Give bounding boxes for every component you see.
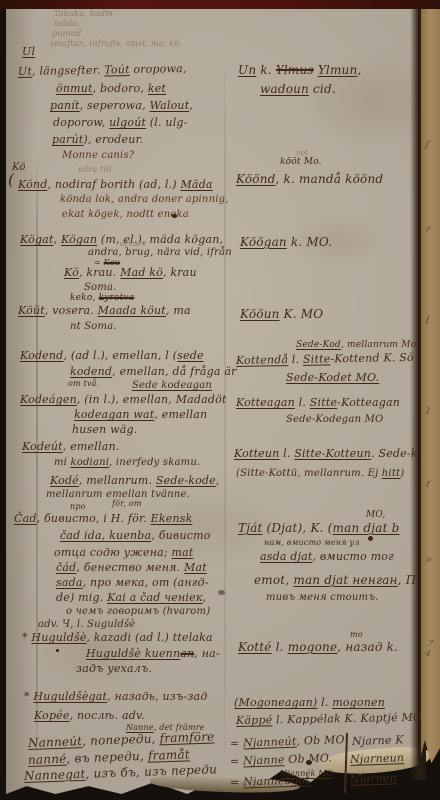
sliver-text-fragment: ť	[425, 480, 431, 491]
text-segment: Käppé	[236, 713, 273, 727]
manuscript-line: husen wäg.	[72, 424, 137, 436]
text-segment: нам, вмисто меня ул	[264, 538, 360, 547]
text-segment: mogonen	[332, 696, 385, 709]
manuscript-line: Köögan k. MO.	[240, 236, 332, 249]
text-segment: ,	[203, 591, 207, 604]
manuscript-line: (Sitte-Kottü, mellanrum. Ej hitt)	[236, 469, 404, 480]
text-segment: Köüt	[18, 304, 45, 317]
text-segment: Kööun	[240, 307, 280, 321]
text-segment: Sede-Kodet MO.	[286, 371, 379, 384]
text-segment: тивъ меня стоитъ.	[266, 592, 378, 603]
text-segment: l.	[288, 353, 303, 366]
text-segment: Ul	[22, 45, 35, 58]
manuscript-line: Könd, nodiraf borith (ad, l.) Mäda	[18, 179, 213, 191]
text-segment: Sede-Kodegan MO	[286, 414, 383, 425]
manuscript-line: = Njanne Ob MO.	[230, 752, 333, 767]
text-segment: , бивисто	[151, 529, 210, 542]
text-segment: Monne canis?	[62, 150, 134, 161]
text-segment: Kodeágen	[20, 393, 77, 406]
text-segment: an	[180, 647, 194, 660]
text-segment: mi	[54, 457, 70, 468]
text-segment: adv. Ч, l. Suguldšè	[38, 619, 135, 630]
manuscript-line: kööt Mo.	[280, 158, 322, 167]
text-segment: om två.	[68, 379, 99, 388]
text-segment: sede	[177, 349, 204, 362]
manuscript-line: Kotteagan l. Sitte-Kotteagan	[236, 397, 400, 409]
text-segment: punnid	[52, 29, 81, 38]
text-segment: ), erodeur.	[83, 133, 143, 146]
sliver-text-fragment: ν	[425, 555, 432, 566]
manuscript-line: Kodend, (ad l.), emellan, l (sede	[20, 350, 204, 362]
manuscript-line: Tját (Djat), K. (man djat b	[238, 522, 399, 535]
text-segment: Toút	[104, 63, 130, 76]
text-segment: =	[230, 776, 244, 789]
manuscript-lines: Tabaka, badmmäda,punnidsmaftan, infrufis…	[0, 0, 440, 800]
text-segment: Kodend	[20, 349, 63, 362]
text-segment: Sitte	[303, 352, 331, 365]
text-segment: Un	[238, 63, 256, 77]
manuscript-line: (	[8, 172, 14, 189]
text-segment: sada	[56, 576, 83, 589]
sliver-text-fragment: ɭ	[425, 315, 430, 325]
text-segment: , ma	[166, 304, 191, 317]
text-segment: keko,	[70, 293, 99, 303]
manuscript-line: Sede kodeagan	[132, 381, 212, 392]
manuscript-line: asda djat, вмисто тог	[260, 551, 394, 563]
text-segment: Kottendå	[236, 353, 288, 367]
text-segment: задъ уехалъ.	[76, 662, 152, 675]
text-segment: =	[230, 737, 244, 750]
manuscript-line: Njarneun	[350, 752, 405, 765]
text-segment: Kai a čad ченіек	[107, 591, 203, 604]
text-segment: ,	[189, 99, 193, 112]
sliver-text-fragment: ŕ	[425, 225, 431, 236]
text-segment: l.	[272, 640, 288, 654]
text-segment: hitt	[382, 468, 400, 479]
text-segment: Ut	[18, 65, 32, 78]
text-segment: MO,	[366, 510, 386, 520]
text-segment: ,	[357, 63, 361, 77]
text-segment: отца содю ужена;	[54, 546, 172, 559]
text-segment: čad ida, kuenba	[60, 529, 151, 542]
text-segment: k. MO.	[287, 235, 332, 249]
manuscript-line: отца содю ужена; mat	[54, 547, 194, 559]
manuscript-line: könda lok, andra doner apinnig,	[60, 195, 229, 206]
manuscript-line: Kodeút, emellan.	[22, 441, 119, 453]
text-segment: Njarnen	[350, 771, 397, 786]
text-segment: , mellanrum Mo	[341, 340, 416, 350]
text-segment: , назадь, изъ-зад	[107, 690, 207, 703]
text-segment: wadoun	[260, 82, 309, 96]
text-segment: Sede-kode	[156, 474, 216, 487]
text-segment: , (ad l.), emellan, l (	[63, 349, 177, 362]
text-segment: mogone	[288, 640, 338, 654]
manuscript-line: Sede-Kodet MO.	[286, 372, 379, 384]
manuscript-line: Kodé, mellanrum. Sede-kode,	[50, 475, 220, 487]
manuscript-line: mo	[350, 631, 363, 639]
text-segment: , попереди,	[82, 731, 160, 748]
manuscript-line: про	[70, 503, 86, 511]
sliver-text-fragment: 7 4	[424, 639, 440, 661]
manuscript-line: čád, бенество меня. Mat	[56, 562, 207, 574]
text-segment: Maada köut	[98, 304, 166, 317]
text-segment: *	[22, 631, 31, 644]
text-segment: framföre	[159, 729, 214, 745]
text-segment: emot,	[254, 573, 293, 587]
text-segment: , на-	[194, 647, 220, 660]
text-segment: (	[8, 170, 14, 189]
text-segment: (m, el.), mäda kögan,	[97, 233, 223, 246]
manuscript-line: * Huguldšègat, назадь, изъ-зад	[24, 691, 208, 703]
text-segment: , kazadi (ad l.) ttelaka	[87, 631, 213, 644]
text-segment: K. MO	[280, 307, 324, 321]
text-segment: l.	[317, 696, 332, 709]
next-page-edge: ʃŕɭʅťν7 4	[421, 3, 440, 771]
text-segment: , k. mandå köönd	[276, 172, 384, 186]
manuscript-line: sada, про мека, om (ангд-	[56, 577, 209, 589]
text-segment: Walout	[150, 99, 190, 112]
text-segment: Mat	[184, 561, 207, 574]
manuscript-line: nära till	[78, 166, 112, 174]
text-segment: Kotté	[238, 640, 272, 654]
text-segment: )	[400, 468, 404, 479]
manuscript-line: Kottendå l. Sitte-Kottend K. Sö	[236, 352, 414, 367]
text-segment: , krau	[163, 266, 197, 279]
text-segment: ,	[54, 233, 61, 246]
text-segment: Kögan	[61, 233, 97, 246]
manuscript-line: čad ida, kuenba, бивисто	[60, 530, 211, 542]
manuscript-line: wadoun cid.	[260, 83, 336, 96]
manuscript-line: задъ уехалъ.	[76, 663, 152, 675]
text-segment: Könd	[18, 178, 47, 191]
manuscript-line: Soma.	[84, 283, 117, 294]
manuscript-line: Njarnen	[350, 772, 397, 785]
text-segment: ulgoút	[109, 116, 146, 129]
text-segment: Tabaka, badm	[54, 9, 113, 18]
text-segment: , bodoro,	[93, 82, 148, 95]
text-segment: Huguldšè	[31, 631, 86, 644]
header-note-line: smaftan, infrufis, smst, ma, kb.	[50, 40, 182, 48]
manuscript-line: doporow, ulgoút (l. ulg-	[53, 117, 188, 129]
text-segment: ekat kögek, nodtt eneka	[62, 209, 189, 220]
text-segment: Mäda	[180, 178, 212, 191]
manuscript-line: Kodeágen, (in l.), emellan, Madadöt	[20, 394, 227, 406]
text-segment: Nanneút	[28, 734, 83, 750]
text-segment: , вмисто тог	[313, 550, 394, 563]
text-segment: -Kotteagan	[337, 396, 400, 409]
manuscript-line: Sede-Kod, mellanrum Mo	[296, 341, 416, 350]
sliver-text-fragment: ʃ	[425, 140, 429, 150]
header-note-line: Tabaka, badm	[54, 10, 113, 18]
manuscript-line: Nannegat, изъ бъ, изъ переди	[24, 763, 218, 782]
text-segment: för, om	[112, 499, 142, 508]
manuscript-line: Köüt, vosera. Maada köut, ma	[18, 305, 191, 317]
manuscript-line: Kopée, послѣ. adv.	[34, 710, 145, 722]
text-segment: man djat b	[333, 521, 400, 535]
manuscript-line: mi kodiani, inerfedy skamu.	[54, 458, 200, 469]
manuscript-line: Ut, längsefter. Toút oropowa,	[18, 63, 187, 77]
manuscript-line: ekat kögek, nodtt eneka	[62, 210, 189, 221]
text-segment: man djat ненган	[293, 573, 397, 587]
text-segment: Ekensk	[151, 512, 193, 525]
text-segment: asda djat	[260, 550, 313, 563]
text-segment: про	[70, 502, 86, 511]
text-segment: Kögat	[20, 233, 54, 246]
manuscript-line: = Njanneút, Ob MO	[230, 734, 345, 750]
text-segment: , vosera.	[45, 304, 98, 317]
text-segment: Sitte	[310, 396, 337, 409]
text-segment: andra, brug, nära vid, ifrån	[88, 247, 232, 258]
text-segment: Njarneun	[350, 751, 405, 766]
text-segment: Soma.	[84, 282, 117, 293]
text-segment: nt Soma.	[70, 321, 117, 332]
binding-strip	[0, 0, 440, 9]
text-segment: mat	[172, 546, 194, 559]
manuscript-line: adv. Ч, l. Suguldšè	[38, 620, 135, 631]
manuscript-line: parút), erodeur.	[52, 134, 143, 146]
text-segment: ,	[216, 474, 220, 487]
text-segment: kyrotva	[99, 293, 135, 303]
manuscript-line: = Njanneagat	[230, 774, 310, 788]
text-segment: Kodé	[50, 474, 79, 487]
text-segment: önmut	[56, 82, 93, 95]
text-segment: . Sede-k	[371, 447, 418, 460]
manuscript-line: Kööun K. MO	[240, 308, 323, 321]
manuscript-line: Kö, krau. Mad kö, krau	[64, 267, 197, 279]
manuscript-line: Käppé l. Kappélak K. Kaptjé MO	[236, 712, 422, 727]
manuscript-line: Kotté l. mogone, назад k.	[238, 641, 398, 654]
text-segment: de) mig.	[56, 591, 107, 604]
header-note-line: mäda,	[54, 20, 80, 28]
text-segment: , seperowa,	[80, 99, 150, 112]
text-segment: *	[24, 690, 33, 703]
text-segment: , П	[398, 573, 417, 587]
text-segment: , въ переди,	[66, 749, 148, 766]
text-segment: , emellan	[154, 408, 207, 421]
text-segment: Sede kodeagan	[132, 380, 212, 391]
text-segment: kodeagan wat	[74, 408, 154, 421]
text-segment: Kodeút	[22, 440, 63, 453]
text-segment: Ylmus	[276, 63, 314, 77]
text-segment: nära till	[78, 165, 112, 174]
text-segment: Ob MO.	[284, 751, 332, 766]
text-segment: oropowa,	[130, 62, 187, 76]
manuscript-line: nt Soma.	[70, 322, 117, 333]
text-segment: not	[296, 149, 308, 157]
text-segment: , emellan.	[63, 440, 120, 453]
text-segment: čád	[56, 561, 76, 574]
text-segment: panít	[50, 99, 80, 112]
text-segment: mäda,	[54, 19, 80, 28]
text-segment: kodend	[70, 365, 112, 378]
manuscript-line: нам, вмисто меня ул	[264, 539, 360, 547]
text-segment: nanné	[28, 752, 67, 767]
text-segment: Njanneút	[243, 735, 297, 750]
text-segment: Mad kö	[120, 266, 163, 279]
text-segment: smaftan, infrufis, smst, ma, kb.	[50, 39, 182, 48]
text-segment: l.	[295, 396, 310, 409]
manuscript-line: Sede-Kodegan MO	[286, 415, 383, 426]
text-segment: , Ob MO	[296, 733, 345, 748]
manuscript-line: Kotteun l. Sitte-Kotteun. Sede-k	[234, 448, 418, 460]
text-segment: mo	[350, 630, 363, 639]
text-segment: Čad	[14, 512, 37, 525]
text-segment: Kotteagan	[236, 396, 295, 409]
text-segment: Njarne K	[352, 733, 404, 748]
manuscript-line: de) mig. Kai a čad ченіек,	[56, 592, 206, 604]
text-segment: ket	[148, 82, 166, 95]
text-segment: (Mogoneagan)	[234, 696, 317, 709]
text-segment: , inerfedy skamu.	[109, 457, 200, 468]
text-segment: , послѣ. adv.	[70, 709, 145, 722]
text-segment: Kotteun	[234, 447, 279, 460]
text-segment: , назад k.	[337, 640, 398, 654]
manuscript-line: emot, man djat ненган, П	[254, 574, 416, 587]
text-segment: , бивисто, i H. för.	[37, 512, 151, 525]
text-segment: -Kottend K. Sö	[330, 351, 414, 365]
text-segment: Huguldšègat	[33, 690, 107, 703]
text-segment: kööt Mo.	[280, 157, 322, 167]
text-segment: (Sitte-Kottü, mellanrum. Ej	[236, 468, 382, 479]
text-segment: k.	[256, 63, 276, 77]
manuscript-line: Njarne K	[352, 734, 404, 747]
manuscript-line: keko, kyrotva	[70, 294, 134, 303]
text-segment: kodiani	[70, 457, 109, 468]
manuscript-line: о чемъ говоримъ (hvarom)	[66, 607, 210, 618]
text-segment: Sitte-Kotteun	[294, 447, 371, 460]
manuscript-line: Monne canis?	[62, 151, 134, 162]
manuscript-line: kodend, emellan, då fråga är	[70, 366, 237, 378]
text-segment: Njanne	[243, 753, 285, 767]
text-segment: о чемъ говоримъ (hvarom)	[66, 606, 210, 617]
sliver-text-fragment: ʅ	[425, 405, 431, 416]
text-segment: , krau.	[79, 266, 120, 279]
text-segment: parút	[52, 133, 83, 146]
text-segment: (Djat), K. (	[263, 521, 333, 535]
manuscript-line: Čad, бивисто, i H. för. Ekensk	[14, 513, 192, 525]
text-segment: husen wäg.	[72, 423, 137, 436]
text-segment: , (in l.), emellan, Madadöt	[77, 393, 227, 406]
text-segment: , emellan, då fråga är	[112, 365, 236, 378]
text-segment: , бенество меня.	[76, 561, 184, 574]
text-segment: cid.	[309, 82, 336, 96]
manuscript-line: * Huguldšè, kazadi (ad l.) ttelaka	[22, 632, 213, 644]
header-note-line: punnid	[52, 30, 81, 38]
text-segment: , nodiraf borith (ad, l.)	[47, 178, 180, 191]
text-segment: framåt	[148, 747, 190, 762]
manuscript-photo: Tabaka, badmmäda,punnidsmaftan, infrufis…	[0, 0, 440, 800]
text-segment: doporow,	[53, 116, 109, 129]
text-segment: l.	[279, 447, 294, 460]
text-segment: Njanneagat	[243, 773, 310, 788]
text-segment: könda lok, andra doner apinnig,	[60, 194, 229, 205]
manuscript-line: panít, seperowa, Walout,	[50, 100, 193, 112]
text-segment: Kopée	[34, 709, 70, 722]
manuscript-line: andra, brug, nära vid, ifrån	[88, 248, 232, 259]
text-segment: , längsefter.	[32, 63, 104, 77]
text-segment: , изъ бъ, изъ переди	[85, 762, 217, 781]
text-segment: Ylmun	[318, 63, 358, 77]
text-segment: (l. ulg-	[146, 116, 187, 129]
manuscript-line: om två.	[68, 380, 99, 388]
text-segment: Kö	[64, 266, 79, 279]
manuscript-line: Köönd, k. mandå köönd	[236, 173, 383, 186]
manuscript-line: för, om	[112, 500, 142, 508]
manuscript-line: kodeagan wat, emellan	[74, 409, 207, 421]
text-segment: Huguldšè kuenn	[86, 647, 180, 660]
text-segment: l. Kappélak K. Kaptjé MO	[272, 711, 422, 727]
text-segment: , про мека, om (ангд-	[83, 576, 209, 589]
text-segment: Sede-Kod	[296, 340, 341, 350]
manuscript-line: önmut, bodoro, ket	[56, 83, 166, 95]
manuscript-line: Ul	[22, 46, 35, 58]
manuscript-line: тивъ меня стоитъ.	[266, 593, 378, 604]
text-segment: =	[230, 755, 244, 768]
manuscript-line: Un k. Ylmus Ylmun,	[238, 64, 361, 77]
text-segment: , mellanrum.	[79, 474, 156, 487]
manuscript-line: Huguldšè kuennan, на-	[86, 648, 220, 660]
manuscript-line: MO,	[366, 511, 386, 520]
text-segment: Tját	[238, 521, 263, 535]
text-segment: Nanne	[126, 723, 154, 732]
text-segment: Nannegat	[24, 767, 86, 783]
manuscript-line: (Mogoneagan) l. mogonen	[234, 697, 385, 709]
text-segment: Köönd	[236, 172, 276, 186]
text-segment: Köögan	[240, 235, 287, 249]
